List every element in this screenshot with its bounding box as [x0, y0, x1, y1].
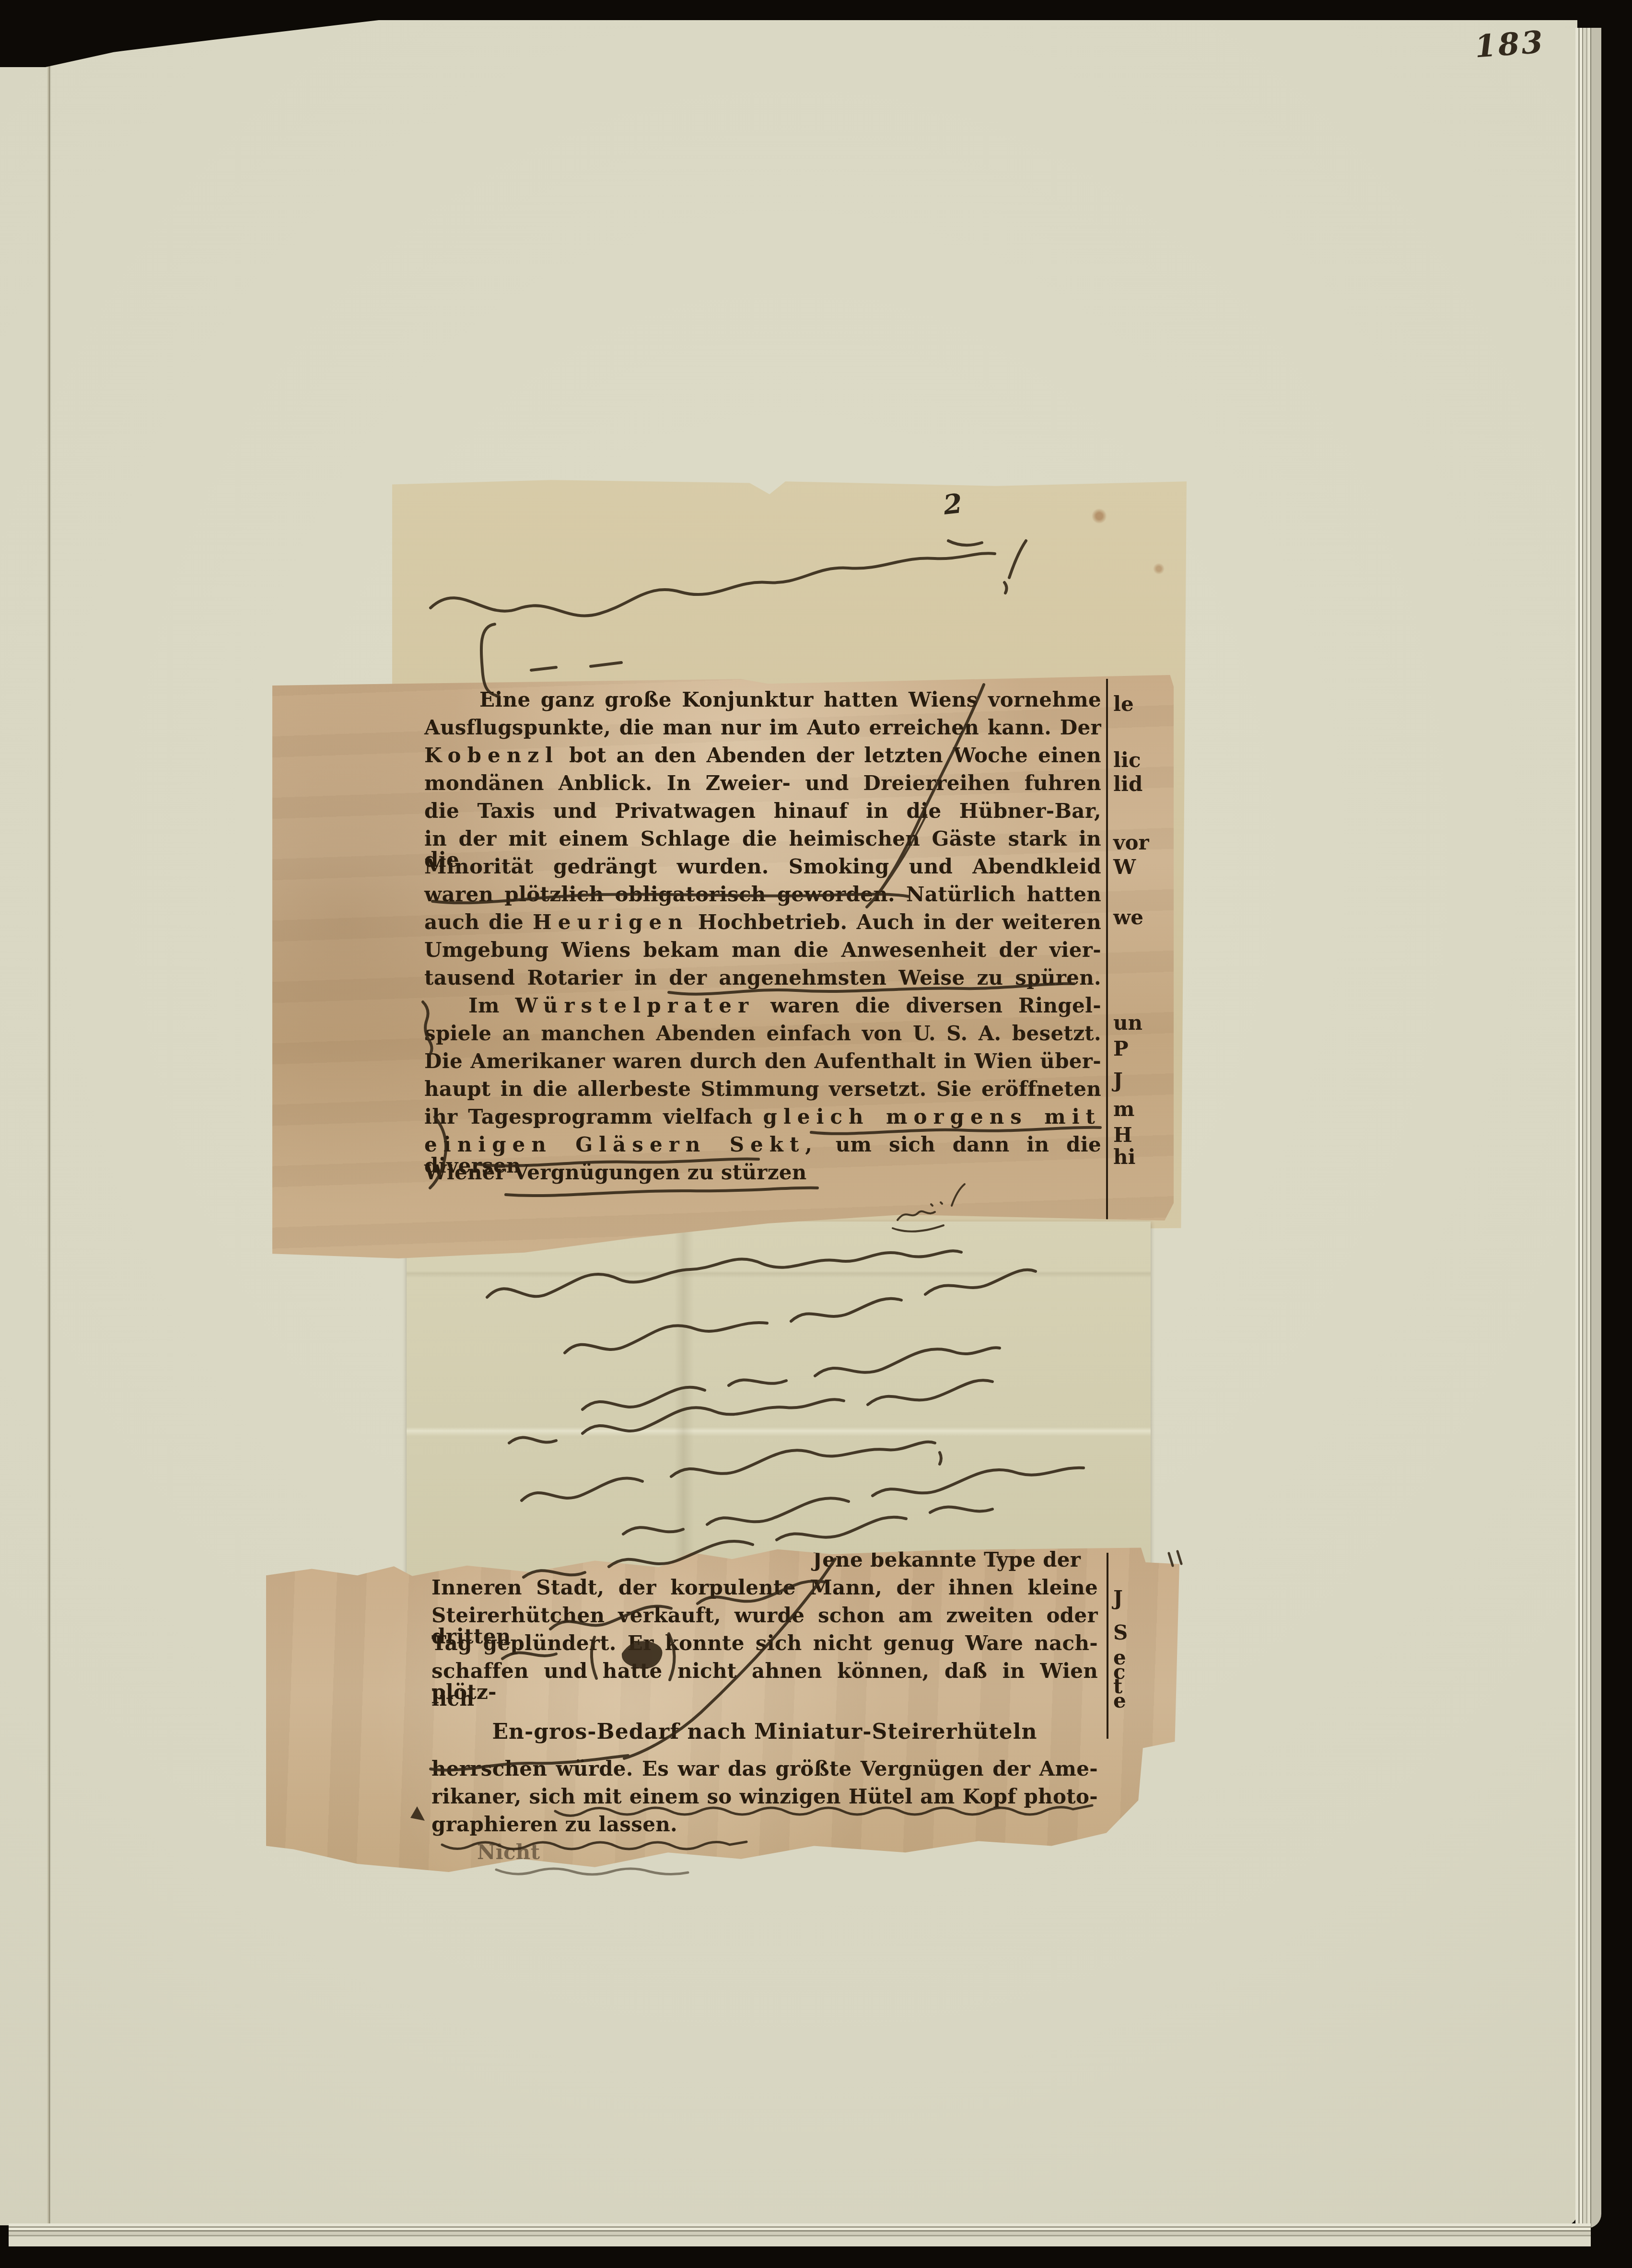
newspaper-clipping-top: Eine ganz große Konjunktur hatten Wiens …	[272, 675, 1174, 1258]
print-line: Kobenzl bot an den Abenden der letzten W…	[424, 745, 1101, 766]
print-line: spiele an manchen Abenden einfach von U.…	[424, 1023, 1101, 1044]
text-segment: Es war das größte Vergnügen der Ame-	[633, 1757, 1098, 1780]
print-line: auch die Heurigen Hochbetrieb. Auch in d…	[424, 912, 1101, 933]
print-line: waren plötzlich obligatorisch geworden. …	[424, 884, 1101, 905]
column-fragment: we	[1113, 907, 1143, 928]
text-segment: auch die	[424, 910, 533, 934]
text-segment: die Taxis und Privatwagen hinauf in die …	[424, 799, 1101, 823]
text-segment-wavy: so winzigen Hütel am Kopf photo-	[707, 1785, 1098, 1808]
column-fragment: J	[1113, 1588, 1123, 1608]
column-fragment: e	[1113, 1691, 1126, 1711]
text-segment: Ausflugspunkte, die man nur im Auto erre…	[424, 716, 1101, 739]
text-segment: Hochbetrieb. Auch in der weiteren	[689, 910, 1101, 934]
column-fragment: le	[1113, 694, 1134, 714]
text-segment: Eine ganz große Konjunktur hatten Wiens …	[479, 688, 1101, 711]
column-fragment: lid	[1113, 774, 1142, 794]
text-segment: Die Amerikaner waren durch den Aufenthal…	[424, 1049, 1101, 1073]
column-fragment: un	[1113, 1013, 1142, 1033]
text-segment-strike: waren plötzlich obligatorisch geworden.	[424, 883, 895, 906]
text-segment: tausend Rotarier in der	[424, 966, 719, 989]
folio-number: 183	[1474, 24, 1593, 89]
text-segment: Würstelprater	[515, 994, 755, 1017]
print-line: die Taxis und Privatwagen hinauf in die …	[424, 801, 1101, 822]
page-crease	[47, 20, 52, 2225]
text-segment: mondänen Anblick. In Zweier- und Dreierr…	[424, 771, 1101, 795]
print-line: tausend Rotarier in der angenehmsten Wei…	[424, 967, 1101, 989]
text-segment: Umgebung Wiens bekam man die Anwesenheit…	[424, 938, 1101, 962]
print-line: rikaner, sich mit einem so winzigen Hüte…	[431, 1786, 1098, 1807]
print-line: mondänen Anblick. In Zweier- und Dreierr…	[424, 773, 1101, 794]
newspaper-clipping-bottom: Jene bekannte Type derInneren Stadt, der…	[266, 1546, 1179, 1872]
text-segment: lich	[431, 1687, 474, 1710]
page-edge-stack-bottom	[9, 2223, 1591, 2246]
print-line: Die Amerikaner waren durch den Aufenthal…	[424, 1051, 1101, 1072]
print-line: Eine ganz große Konjunktur hatten Wiens …	[424, 689, 1101, 710]
handwritten-note-paper	[407, 1221, 1151, 1602]
text-segment: bot an den Abenden der letzten Woche ein…	[559, 744, 1101, 767]
text-segment-underline: einigen Gläsern Sekt,	[424, 1133, 818, 1156]
column-fragment: P	[1113, 1039, 1129, 1059]
column-fragment: vor	[1113, 833, 1149, 853]
text-segment: spiele an manchen Abenden einfach von U.…	[424, 1022, 1101, 1045]
print-line: haupt in die allerbeste Stimmung versetz…	[424, 1079, 1101, 1100]
print-line: Minorität gedrängt wurden. Smoking und A…	[424, 856, 1101, 877]
print-line: Im Würstelprater waren die diversen Ring…	[424, 995, 1101, 1016]
page-edge-stack-right	[1575, 28, 1601, 2228]
column-fragment: H	[1113, 1125, 1132, 1145]
print-line: lich	[431, 1688, 1098, 1710]
text-segment: Inneren Stadt, der korpulente Mann, der …	[431, 1576, 1098, 1599]
text-segment: haupt in die allerbeste Stimmung versetz…	[424, 1077, 1101, 1101]
text-segment: Tag geplündert. Er konnte sich nicht gen…	[431, 1631, 1098, 1655]
column-fragment: m	[1113, 1099, 1134, 1119]
text-segment-underline: gleich morgens mit	[763, 1105, 1101, 1128]
text-segment: Kobenzl	[424, 744, 559, 767]
print-line: Inneren Stadt, der korpulente Mann, der …	[431, 1577, 1098, 1598]
clipping-headline: En-gros-Bedarf nach Miniatur-Steirerhüte…	[431, 1721, 1098, 1743]
column-rule	[1106, 679, 1108, 1221]
text-segment: Natürlich hatten	[895, 883, 1101, 906]
print-line: Umgebung Wiens bekam man die Anwesenheit…	[424, 940, 1101, 961]
print-line: Tag geplündert. Er konnte sich nicht gen…	[431, 1633, 1098, 1654]
text-segment-strike: herrschen würde.	[431, 1757, 633, 1780]
text-segment: waren die diversen Ringel-	[755, 994, 1101, 1017]
print-line: Wiener Vergnügungen zu stürzen	[424, 1162, 1101, 1183]
text-segment: ihr Tagesprogramm vielfach	[424, 1105, 763, 1128]
print-line: ihr Tagesprogramm vielfach gleich morgen…	[424, 1106, 1101, 1128]
column-rule	[1107, 1553, 1108, 1739]
sheet-number: 2	[942, 490, 964, 519]
text-segment: En-gros-Bedarf nach Miniatur-Steirerhüte…	[492, 1720, 1037, 1744]
scrapbook-scan: 183 2 Eine ganz große Konjunktur hatten …	[0, 0, 1632, 2268]
print-line: graphieren zu lassen.	[431, 1814, 1098, 1835]
print-line: Ausflugspunkte, die man nur im Auto erre…	[424, 717, 1101, 738]
text-segment: rikaner, sich mit einem	[431, 1785, 707, 1808]
column-fragment: lic	[1113, 750, 1141, 770]
column-fragment: S	[1113, 1623, 1128, 1643]
text-segment-underline: angenehmsten Weise zu spüren.	[719, 966, 1101, 989]
text-segment: Minorität gedrängt wurden. Smoking und A…	[424, 855, 1101, 878]
text-segment: Wiener Vergnügungen zu stürzen	[424, 1161, 807, 1184]
column-fragment: J	[1113, 1070, 1123, 1091]
column-fragment: hi	[1113, 1147, 1136, 1167]
text-segment-wavy: graphieren zu lassen.	[431, 1813, 677, 1836]
text-segment: Im	[468, 994, 515, 1017]
text-segment: Heurigen	[533, 910, 689, 934]
print-line: herrschen würde. Es war das größte Vergn…	[431, 1758, 1098, 1780]
column-fragment: W	[1113, 857, 1136, 877]
